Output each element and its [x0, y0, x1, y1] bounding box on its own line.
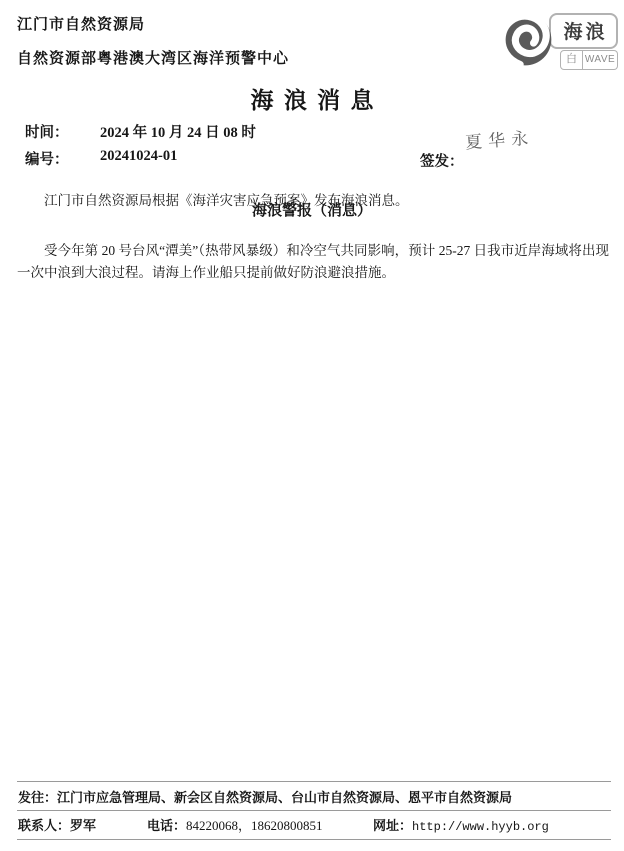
time-value: 2024 年 10 月 24 日 08 时 [100, 121, 256, 142]
warning-content-paragraph: 受今年第 20 号台风“潭美”（热带风暴级）和冷空气共同影响，预计 25-27 … [17, 240, 609, 285]
warning-section-title: 海浪警报（消息） [0, 199, 624, 220]
contact-label: 联系人： [18, 818, 70, 833]
website-value: http://www.hyyb.org [412, 820, 549, 834]
document-page: 江门市自然资源局 自然资源部粤港澳大湾区海洋预警中心 海浪 白 WAVE 海浪消… [0, 0, 624, 851]
number-value: 20241024-01 [100, 148, 177, 165]
time-label: 时间： [25, 121, 69, 142]
signer-signature: 夏华永 [464, 124, 535, 154]
issuing-org-line2: 自然资源部粤港澳大湾区海洋预警中心 [17, 47, 289, 68]
contact-value: 罗军 [70, 818, 96, 833]
footer-table: 发往：江门市应急管理局、新会区自然资源局、台山市自然资源局、恩平市自然资源局 联… [17, 781, 611, 840]
logo-warning-level-badge: 白 [560, 50, 583, 70]
website-cell: 网址：http://www.hyyb.org [373, 815, 609, 834]
contact-row: 联系人：罗军 电话：84220068，18620800851 网址：http:/… [17, 811, 611, 840]
sendto-row: 发往：江门市应急管理局、新会区自然资源局、台山市自然资源局、恩平市自然资源局 [17, 781, 611, 811]
sendto-label: 发往： [18, 790, 57, 805]
wave-swirl-icon [497, 11, 554, 68]
sign-label: 签发： [420, 150, 464, 171]
contact-cell: 联系人：罗军 [18, 815, 147, 834]
document-title: 海浪消息 [0, 82, 624, 115]
number-label: 编号： [25, 148, 69, 169]
sendto-value: 江门市应急管理局、新会区自然资源局、台山市自然资源局、恩平市自然资源局 [57, 790, 512, 805]
wave-warning-logo: 海浪 白 WAVE [497, 11, 618, 69]
phone-label: 电话： [147, 818, 186, 833]
phone-cell: 电话：84220068，18620800851 [147, 815, 373, 834]
phone-value: 84220068，18620800851 [186, 818, 323, 833]
logo-title-cn: 海浪 [549, 13, 618, 49]
issuing-org-line1: 江门市自然资源局 [17, 13, 145, 34]
logo-label-box: 海浪 白 WAVE [549, 13, 618, 70]
logo-sub-row: 白 WAVE [560, 50, 618, 70]
website-label: 网址： [373, 818, 412, 833]
logo-title-en: WAVE [583, 50, 618, 70]
